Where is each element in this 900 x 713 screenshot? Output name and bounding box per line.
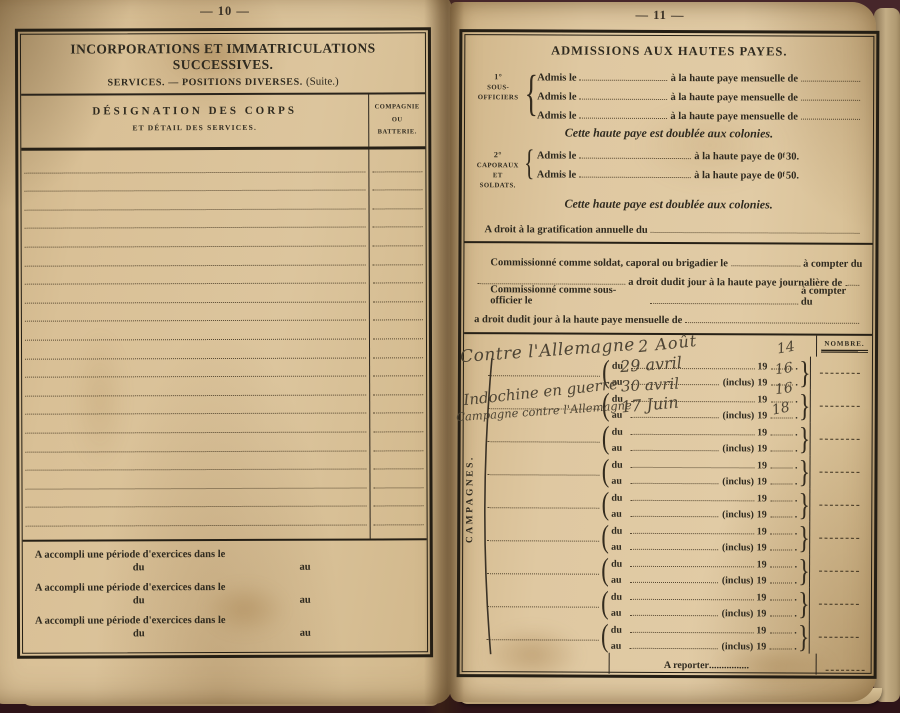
exercise-label: A accompli une période d'exercices dans …: [35, 581, 415, 593]
end-dot: .: [795, 395, 798, 406]
year-prefix: 19: [757, 559, 767, 570]
ruled-line: [373, 302, 423, 321]
ruled-line: [25, 358, 366, 378]
compagnie-line2: OU: [369, 114, 425, 127]
dashed-fill: [820, 405, 860, 406]
dotted-fill: [770, 550, 792, 551]
dotted-fill: [488, 375, 600, 376]
dashed-fill: [819, 570, 859, 571]
dashed-fill: [825, 669, 864, 670]
inclus-label: (inclus): [722, 509, 754, 520]
dotted-fill: [487, 507, 599, 508]
end-dot: .: [795, 510, 798, 521]
exercise-label: A accompli une période d'exercices dans …: [35, 614, 415, 626]
dotted-fill: [770, 534, 792, 535]
exercise-du-au: du au: [35, 594, 415, 612]
end-dot: .: [795, 560, 798, 571]
admis-rest: à la haute paye mensuelle de: [671, 73, 799, 85]
inclus-label: (inclus): [722, 575, 754, 586]
ruled-line: [374, 525, 424, 542]
rate-sup: f: [783, 151, 785, 159]
du-label: du: [133, 628, 145, 645]
campaign-designation-cell: [485, 586, 599, 619]
exercise-du-au: du au: [35, 627, 415, 645]
colonies-note: Cette haute paye est doublée aux colonie…: [475, 196, 863, 213]
ruled-line: [25, 228, 366, 248]
brace-close-icon: }: [799, 421, 809, 456]
left-table-body: [21, 149, 426, 541]
campaign-designation-cell: [486, 421, 600, 454]
commission-line: a droit dudit jour à la haute paye mensu…: [474, 306, 862, 327]
designation-title: DÉSIGNATION DES CORPS: [21, 104, 368, 117]
campaign-row: ( du19. au(inclus)19. }: [486, 421, 872, 456]
campaign-dates-cell: du19. au(inclus)19.: [611, 553, 797, 587]
dotted-fill: [630, 516, 718, 517]
exercise-periods-section: A accompli une période d'exercices dans …: [23, 540, 427, 652]
brace-open-icon: (: [600, 518, 610, 556]
au-label: au: [611, 476, 627, 487]
end-dot: .: [795, 527, 798, 538]
au-line: au(inclus)19.: [611, 603, 797, 620]
campaign-designation-cell: [485, 454, 599, 487]
reporter-spacer: [804, 653, 816, 674]
du-label: du: [611, 526, 627, 537]
au-label: au: [300, 628, 311, 645]
brace-open-icon: (: [600, 485, 610, 523]
exercise-entry: A accompli une période d'exercices dans …: [35, 581, 415, 612]
dotted-fill: [487, 639, 599, 640]
left-page-frame-inner: INCORPORATIONS ET IMMATRICULATIONS SUCCE…: [20, 32, 428, 653]
ruled-line: [373, 283, 423, 302]
brace-close-icon: }: [799, 355, 809, 390]
year-prefix: 19: [757, 410, 767, 421]
left-page-title: INCORPORATIONS ET IMMATRICULATIONS SUCCE…: [25, 40, 421, 73]
designation-subtitle: ET DÉTAIL DES SERVICES.: [21, 122, 368, 132]
dotted-fill: [630, 533, 754, 535]
campaign-dates-cell: du19. au(inclus)19.: [611, 454, 797, 488]
admis-line: Admis le à la haute paye mensuelle de: [537, 83, 863, 103]
year-prefix: 19: [756, 575, 766, 586]
year-prefix: 19: [756, 608, 766, 619]
commission-text: Commissionné comme sous-officier le: [490, 284, 647, 307]
campaign-row: ( du19. au(inclus)19. }: [485, 487, 871, 522]
ruled-line: [25, 284, 366, 304]
campagnes-rows: ( du19. au(inclus)19. } ( du19. au(inclu…: [485, 355, 872, 675]
ruled-line: [25, 321, 366, 341]
campaign-dates-cell: du19. au(inclus)19.: [611, 520, 797, 554]
column-header-compagnie: COMPAGNIE OU BATTERIE.: [368, 94, 425, 146]
campaign-designation-cell: [485, 520, 599, 553]
group-label-line: OFFICIERS: [475, 93, 521, 103]
commission-section: Commissionné comme soldat, caporal ou br…: [464, 243, 872, 334]
year-prefix: 19: [757, 509, 767, 520]
ruled-line: [373, 228, 423, 247]
caporaux-group: 2° CAPORAUX ET SOLDATS. { Admis le à la …: [475, 142, 863, 193]
end-dot: .: [794, 642, 797, 653]
nombre-cell: [809, 620, 865, 653]
admis-label: Admis le: [537, 110, 576, 121]
campaign-dates-cell: du19. au(inclus)19.: [611, 619, 797, 653]
ruled-line: [373, 432, 423, 451]
dashed-fill: [820, 438, 860, 439]
ruled-line: [25, 246, 366, 266]
dotted-fill: [487, 573, 599, 574]
nombre-cell: [810, 356, 866, 389]
au-label: au: [611, 641, 627, 652]
dotted-fill: [631, 450, 719, 451]
rate-amount: 30.: [786, 152, 799, 163]
ruled-line: [373, 265, 423, 284]
group-label-line: SOUS-: [475, 83, 521, 93]
dotted-fill: [631, 401, 755, 403]
subtitle-suite: (Suite.): [306, 76, 339, 88]
campaign-row: ( du19. au(inclus)19. }: [485, 454, 871, 489]
ruled-line: [372, 153, 422, 172]
nombre-cell: [810, 422, 866, 455]
ruled-line: [24, 172, 365, 192]
campagnes-section: CAMPAGNES. NOMBRE. ( du19. au(inclus)19.: [463, 334, 872, 673]
ruled-line: [373, 395, 423, 414]
au-label: au: [300, 595, 311, 612]
du-line: du19.: [611, 554, 797, 571]
ruled-line: [25, 339, 366, 359]
year-prefix: 19: [757, 377, 767, 388]
du-label: du: [612, 427, 628, 438]
admis-label: Admis le: [537, 91, 576, 102]
compagnie-line3: BATTERIE.: [369, 126, 425, 139]
admis-label: Admis le: [537, 72, 576, 83]
dotted-fill: [770, 451, 792, 452]
group-number: 1°: [475, 71, 521, 83]
column-header-designation: DÉSIGNATION DES CORPS ET DÉTAIL DES SERV…: [21, 94, 368, 147]
inclus-label: (inclus): [722, 641, 754, 652]
commission-text: à compter du: [803, 258, 862, 269]
du-line: du19.: [611, 488, 797, 505]
caporaux-lines: Admis le à la haute paye de 0f 30. Admis…: [537, 142, 863, 193]
brace-close-icon: }: [798, 487, 808, 522]
end-dot: .: [795, 378, 798, 389]
dotted-fill: [770, 468, 792, 469]
campaign-row: ( du19. au(inclus)19. }: [485, 586, 871, 621]
commission-text: à compter du: [801, 285, 856, 307]
end-dot: .: [794, 626, 797, 637]
campaign-dates-cell: du19. au(inclus)19.: [612, 421, 798, 455]
dashed-fill: [819, 537, 859, 538]
exercise-entry: A accompli une période d'exercices dans …: [35, 548, 415, 579]
admis-line: Admis le à la haute paye mensuelle de: [537, 102, 863, 122]
dotted-fill: [770, 402, 792, 403]
campaign-dates-cell: du19. au(inclus)19.: [612, 355, 798, 389]
admis-line: Admis le à la haute paye de 0f 50.: [537, 161, 863, 181]
ruled-line: [25, 395, 366, 415]
dotted-fill: [630, 582, 718, 583]
du-label: du: [611, 559, 627, 570]
dotted-fill: [770, 385, 792, 386]
gratification-label: A droit à la gratification annuelle du: [485, 224, 648, 236]
end-dot: .: [795, 428, 798, 439]
nombre-cell: [809, 488, 865, 521]
nombre-label: NOMBRE.: [824, 339, 864, 347]
dotted-fill: [801, 81, 860, 82]
au-line: au(inclus)19.: [611, 636, 797, 653]
year-prefix: 19: [757, 542, 767, 553]
dotted-fill: [770, 517, 792, 518]
du-line: du19.: [612, 389, 798, 406]
ruled-line: [25, 209, 366, 229]
dotted-fill: [769, 600, 791, 601]
au-label: au: [612, 410, 628, 421]
dotted-fill: [630, 500, 754, 502]
admis-line: Admis le à la haute paye mensuelle de: [537, 64, 863, 84]
admis-label: Admis le: [537, 169, 576, 180]
dashed-fill: [820, 372, 860, 373]
brace-open-icon: (: [600, 617, 610, 655]
left-page-frame: INCORPORATIONS ET IMMATRICULATIONS SUCCE…: [15, 27, 433, 658]
colonies-note: Cette haute paye est doublée aux colonie…: [475, 125, 863, 142]
au-label: au: [612, 377, 628, 388]
year-prefix: 19: [757, 460, 767, 471]
dotted-fill: [801, 100, 860, 101]
nombre-cell: [809, 587, 865, 620]
du-label: du: [611, 460, 627, 471]
campaign-row: ( du19. au(inclus)19. }: [485, 619, 871, 654]
end-dot: .: [794, 609, 797, 620]
reporter-label: A reporter: [664, 660, 709, 671]
dotted-fill: [770, 435, 792, 436]
nombre-cell: [809, 554, 865, 587]
reporter-dots: ................: [709, 660, 749, 671]
ruled-line: [25, 470, 366, 490]
commission-line: Commissionné comme soldat, caporal ou br…: [474, 249, 862, 270]
dotted-fill: [487, 540, 599, 541]
du-label: du: [611, 592, 627, 603]
du-label: du: [612, 361, 628, 372]
year-prefix: 19: [757, 443, 767, 454]
dotted-fill: [630, 566, 754, 568]
au-line: au(inclus)19.: [612, 405, 798, 422]
nombre-cell: [815, 653, 870, 674]
ruled-line: [25, 302, 366, 322]
group-label-line: ET SOLDATS.: [475, 171, 521, 192]
dotted-fill: [631, 467, 755, 469]
campaign-row: ( du19. au(inclus)19. }: [485, 553, 871, 588]
dotted-fill: [487, 606, 599, 607]
au-line: au(inclus)19.: [611, 504, 797, 521]
dotted-fill: [770, 369, 792, 370]
year-prefix: 19: [756, 592, 766, 603]
dotted-fill: [630, 615, 718, 616]
inclus-label: (inclus): [722, 443, 754, 454]
subtitle-positions: POSITIONS DIVERSES.: [182, 77, 303, 88]
campaign-designation-cell: [485, 487, 599, 520]
ruled-line: [373, 321, 423, 340]
brace-close-icon: }: [799, 454, 809, 489]
page-number-11: — 11 —: [600, 8, 720, 24]
ruled-line: [373, 246, 423, 265]
reporter-cell: A reporter................: [608, 652, 803, 674]
dotted-fill: [770, 567, 792, 568]
au-label: au: [299, 562, 310, 579]
end-dot: .: [795, 461, 798, 472]
dashed-fill: [819, 504, 859, 505]
left-page-subtitle: SERVICES. — POSITIONS DIVERSES. (Suite.): [25, 75, 421, 88]
ruled-line: [25, 377, 366, 397]
brace-close-icon: }: [798, 520, 808, 555]
dashed-fill: [819, 603, 859, 604]
admis-label: Admis le: [537, 150, 576, 161]
brace-close-icon: }: [798, 586, 808, 621]
dotted-fill: [631, 434, 755, 436]
reporter-spacer: [485, 652, 609, 674]
subtitle-services: SERVICES.: [108, 77, 166, 88]
rate-prefix: à la haute paye de 0: [694, 170, 782, 181]
dotted-fill: [651, 231, 860, 233]
du-label: du: [133, 562, 145, 579]
ruled-line: [373, 339, 423, 358]
year-prefix: 19: [757, 476, 767, 487]
end-dot: .: [795, 362, 798, 373]
brace-close-icon: }: [798, 619, 808, 654]
ruled-line: [373, 358, 423, 377]
ruled-line: [25, 414, 366, 434]
inclus-label: (inclus): [723, 410, 755, 421]
dotted-fill: [630, 632, 754, 634]
admis-rest: à la haute paye mensuelle de: [670, 92, 798, 104]
du-line: du19.: [611, 521, 797, 538]
dotted-fill: [630, 483, 718, 484]
campaign-dates-cell: du19. au(inclus)19.: [611, 586, 797, 620]
inclus-label: (inclus): [723, 377, 755, 388]
au-label: au: [611, 608, 627, 619]
rate-sup: f: [783, 170, 785, 178]
dotted-fill: [580, 80, 668, 81]
ruled-line: [373, 469, 423, 488]
designation-ruled-lines: [21, 149, 369, 539]
exercise-entry: A accompli une période d'exercices dans …: [35, 614, 415, 645]
compagnie-ruled-lines: [368, 149, 426, 538]
year-prefix: 19: [757, 394, 767, 405]
brace-icon: {: [525, 64, 534, 121]
gratification-line: A droit à la gratification annuelle du: [475, 216, 863, 237]
dotted-fill: [769, 583, 791, 584]
dotted-fill: [579, 177, 691, 178]
sous-officiers-lines: Admis le à la haute paye mensuelle de Ad…: [537, 64, 863, 122]
au-label: au: [611, 575, 627, 586]
du-line: du19.: [611, 587, 797, 604]
year-prefix: 19: [757, 427, 767, 438]
right-page-frame: ADMISSIONS AUX HAUTES PAYES. 1° SOUS- OF…: [457, 29, 880, 679]
dotted-fill: [685, 322, 859, 324]
dotted-fill: [770, 418, 792, 419]
sous-officiers-group: 1° SOUS- OFFICIERS { Admis le à la haute…: [475, 64, 863, 123]
dotted-fill: [630, 648, 718, 649]
exercise-label: A accompli une période d'exercices dans …: [35, 548, 415, 560]
campaign-row: ( du19. au(inclus)19. }: [485, 520, 871, 555]
end-dot: .: [795, 411, 798, 422]
year-prefix: 19: [757, 526, 767, 537]
admis-line: Admis le à la haute paye de 0f 30.: [537, 142, 863, 162]
ruled-line: [26, 488, 367, 508]
dotted-fill: [731, 265, 800, 266]
admis-rest: à la haute paye mensuelle de: [670, 111, 798, 123]
campaign-row: ( du19. au(inclus)19. }: [486, 388, 872, 423]
nombre-cell: [809, 455, 865, 488]
ruled-line: [373, 209, 423, 228]
du-label: du: [612, 394, 628, 405]
ruled-line: [24, 154, 365, 174]
commission-text: Commissionné comme soldat, caporal ou br…: [490, 257, 728, 269]
campaign-dates-cell: du19. au(inclus)19.: [612, 388, 798, 422]
dotted-fill: [488, 408, 600, 409]
ruled-line: [25, 265, 366, 285]
commission-line: Commissionné comme sous-officier le à co…: [474, 287, 862, 308]
dotted-fill: [770, 501, 792, 502]
end-dot: .: [795, 444, 798, 455]
end-dot: .: [794, 576, 797, 587]
hautes-payes-section: ADMISSIONS AUX HAUTES PAYES. 1° SOUS- OF…: [464, 35, 873, 242]
year-prefix: 19: [757, 493, 767, 504]
ruled-line: [372, 190, 422, 209]
left-table-column-headers: DÉSIGNATION DES CORPS ET DÉTAIL DES SERV…: [21, 94, 425, 150]
du-label: du: [611, 625, 627, 636]
dotted-fill: [770, 484, 792, 485]
brace-icon: {: [524, 142, 534, 192]
inclus-label: (inclus): [722, 542, 754, 553]
au-line: au(inclus)19.: [611, 537, 797, 554]
ruled-line: [26, 507, 367, 527]
dotted-fill: [801, 119, 860, 120]
ruled-line: [25, 451, 366, 471]
du-label: du: [133, 595, 145, 612]
dotted-fill: [650, 302, 798, 304]
page-number-10: — 10 —: [165, 4, 285, 19]
ruled-line: [25, 432, 366, 452]
nombre-column-header: NOMBRE.: [816, 335, 872, 356]
reporter-row: A reporter................: [485, 652, 871, 675]
ruled-line: [373, 451, 423, 470]
dotted-fill: [769, 649, 791, 650]
dotted-fill: [769, 633, 791, 634]
ruled-line: [373, 376, 423, 395]
brace-open-icon: (: [600, 551, 610, 589]
year-prefix: 19: [757, 361, 767, 372]
dotted-fill: [579, 118, 667, 119]
nombre-cell: [810, 389, 866, 422]
group-number: 2°: [475, 149, 521, 161]
dotted-fill: [631, 368, 755, 370]
au-label: au: [612, 443, 628, 454]
campaign-designation-cell: [486, 388, 600, 421]
brace-close-icon: }: [798, 553, 808, 588]
dotted-fill: [488, 441, 600, 442]
commission-text: a droit dudit jour à la haute paye mensu…: [474, 314, 682, 326]
brace-open-icon: (: [601, 419, 611, 457]
caporaux-label: 2° CAPORAUX ET SOLDATS.: [475, 142, 521, 192]
dotted-fill: [631, 384, 719, 385]
du-line: du19.: [611, 620, 797, 637]
du-line: du19.: [611, 455, 797, 472]
group-label-line: CAPORAUX: [475, 161, 521, 171]
campaign-dates-cell: du19. au(inclus)19.: [611, 487, 797, 521]
brace-open-icon: (: [601, 452, 611, 490]
campaign-designation-cell: [485, 553, 599, 586]
du-line: du19.: [612, 422, 798, 439]
right-page-title: ADMISSIONS AUX HAUTES PAYES.: [475, 43, 863, 60]
dashed-fill: [819, 471, 859, 472]
campaign-designation-cell: [486, 355, 600, 388]
dotted-fill: [769, 616, 791, 617]
brace-open-icon: (: [601, 353, 611, 391]
